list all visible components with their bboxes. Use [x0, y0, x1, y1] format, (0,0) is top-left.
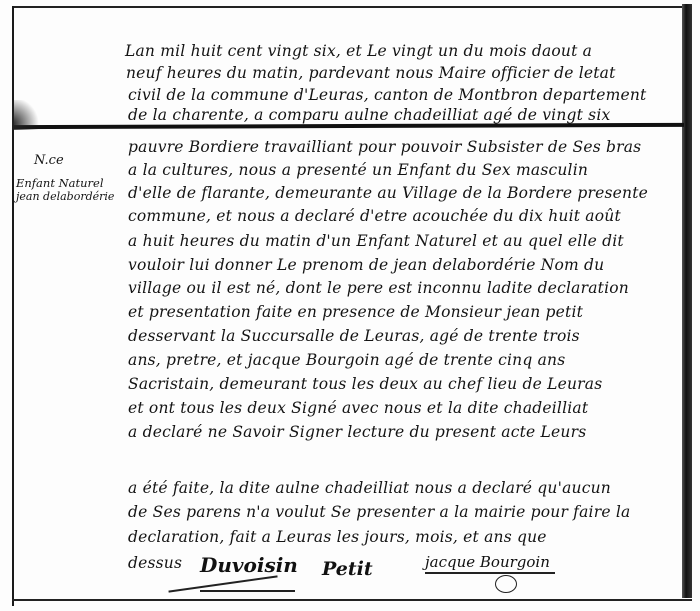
page-border-left — [12, 6, 14, 606]
signature-flourish — [200, 590, 295, 592]
signature-paraph — [495, 575, 517, 593]
margin-entry-number: N.ce — [34, 153, 64, 168]
page-border-bottom — [12, 599, 692, 601]
text-line: de la charente, a comparu aulne chadeill… — [128, 106, 610, 124]
text-line: neuf heures du matin, pardevant nous Mai… — [126, 64, 616, 82]
text-line: a la cultures, nous a presenté un Enfant… — [128, 161, 588, 179]
text-line: a huit heures du matin d'un Enfant Natur… — [128, 232, 624, 250]
text-line: pauvre Bordiere travailliant pour pouvoi… — [128, 138, 641, 156]
text-line: d'elle de flarante, demeurante au Villag… — [128, 184, 648, 202]
document-page: N.ce Enfant Naturel jean delabordérie La… — [0, 0, 700, 611]
text-line: village ou il est né, dont le pere est i… — [128, 279, 629, 297]
text-line: et ont tous les deux Signé avec nous et … — [128, 399, 588, 417]
text-line: dessus — [128, 554, 182, 572]
margin-entry-type: Enfant Naturel — [16, 176, 104, 190]
text-line: ans, pretre, et jacque Bourgoin agé de t… — [128, 351, 565, 369]
text-line: de Ses parens n'a voulut Se presenter a … — [128, 503, 630, 521]
text-line: vouloir lui donner Le prenom de jean del… — [128, 256, 604, 274]
signature-priest: Petit — [322, 558, 373, 580]
page-border-right-shadow — [682, 4, 692, 598]
text-line: declaration, fait a Leuras les jours, mo… — [128, 528, 547, 546]
text-line: Sacristain, demeurant tous les deux au c… — [128, 375, 602, 393]
page-border-top — [12, 6, 682, 8]
text-line: civil de la commune d'Leuras, canton de … — [128, 86, 646, 104]
text-line: commune, et nous a declaré d'etre acouch… — [128, 207, 621, 225]
signature-sacristan: jacque Bourgoin — [425, 553, 550, 571]
text-line: a été faite, la dite aulne chadeilliat n… — [128, 479, 611, 497]
signature-flourish — [425, 572, 555, 574]
ink-smudge — [12, 100, 42, 130]
text-line: et presentation faite en presence de Mon… — [128, 303, 583, 321]
text-line: desservant la Succursalle de Leuras, agé… — [128, 327, 580, 345]
text-line: Lan mil huit cent vingt six, et Le vingt… — [125, 42, 592, 60]
margin-entry-name: jean delabordérie — [16, 190, 114, 203]
text-line: a declaré ne Savoir Signer lecture du pr… — [128, 423, 586, 441]
signature-mayor: Duvoisin — [200, 553, 298, 577]
